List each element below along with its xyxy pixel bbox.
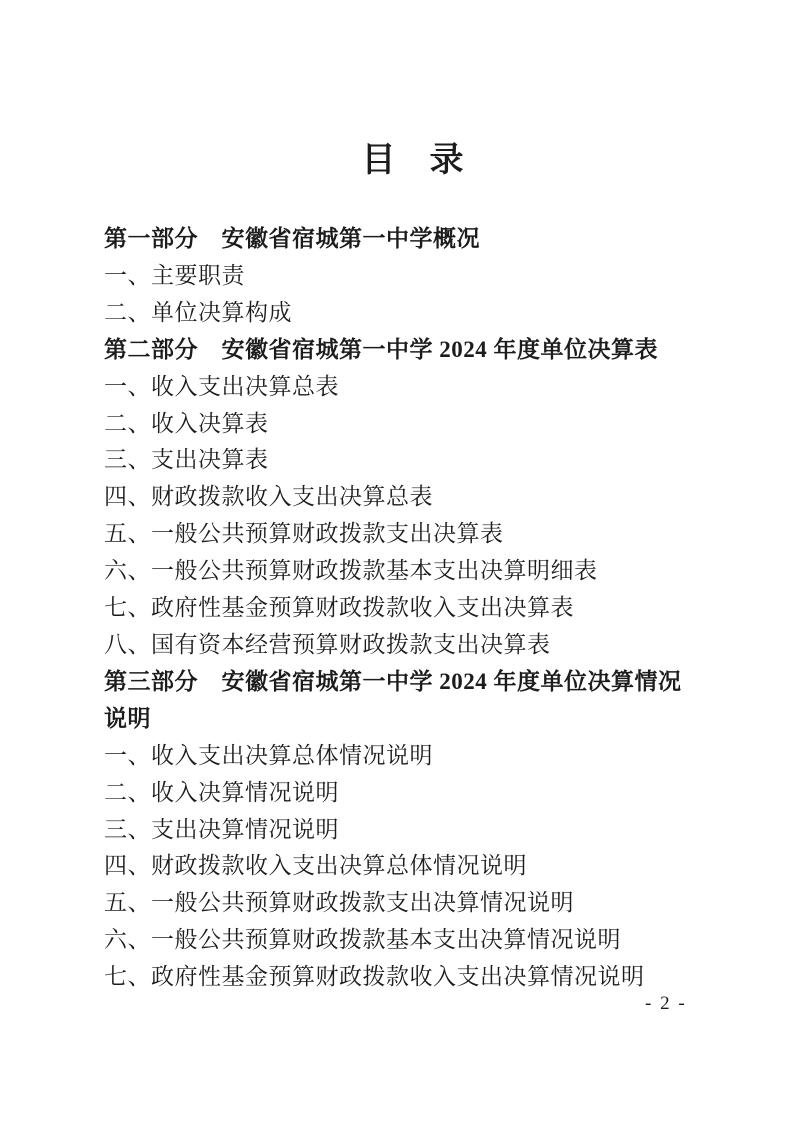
toc-entry: 六、一般公共预算财政拨款基本支出决算情况说明 (104, 922, 693, 959)
toc-entry: 一、主要职责 (104, 258, 693, 295)
toc-entry: 七、政府性基金预算财政拨款收入支出决算情况说明 (104, 959, 693, 996)
toc-entry: 三、支出决算情况说明 (104, 812, 693, 849)
toc-entry: 一、收入支出决算总表 (104, 369, 693, 406)
table-of-contents: 第一部分 安徽省宿城第一中学概况 一、主要职责 二、单位决算构成 第二部分 安徽… (104, 221, 693, 996)
toc-section-heading-3: 第三部分 安徽省宿城第一中学 2024 年度单位决算情况说明 (104, 664, 693, 738)
toc-section-heading-1: 第一部分 安徽省宿城第一中学概况 (104, 221, 693, 258)
toc-entry: 八、国有资本经营预算财政拨款支出决算表 (104, 627, 693, 664)
toc-entry: 一、收入支出决算总体情况说明 (104, 738, 693, 775)
toc-entry: 三、支出决算表 (104, 442, 693, 479)
document-page: 目 录 第一部分 安徽省宿城第一中学概况 一、主要职责 二、单位决算构成 第二部… (0, 0, 793, 1122)
toc-entry: 五、一般公共预算财政拨款支出决算情况说明 (104, 885, 693, 922)
toc-entry: 二、收入决算情况说明 (104, 775, 693, 812)
toc-entry: 二、单位决算构成 (104, 295, 693, 332)
toc-entry: 七、政府性基金预算财政拨款收入支出决算表 (104, 590, 693, 627)
page-number: - 2 - (645, 993, 687, 1015)
toc-entry: 四、财政拨款收入支出决算总体情况说明 (104, 848, 693, 885)
toc-entry: 四、财政拨款收入支出决算总表 (104, 479, 693, 516)
toc-entry: 六、一般公共预算财政拨款基本支出决算明细表 (104, 553, 693, 590)
toc-section-heading-2: 第二部分 安徽省宿城第一中学 2024 年度单位决算表 (104, 332, 693, 369)
page-title: 目 录 (16, 138, 793, 182)
toc-entry: 二、收入决算表 (104, 406, 693, 443)
toc-entry: 五、一般公共预算财政拨款支出决算表 (104, 516, 693, 553)
